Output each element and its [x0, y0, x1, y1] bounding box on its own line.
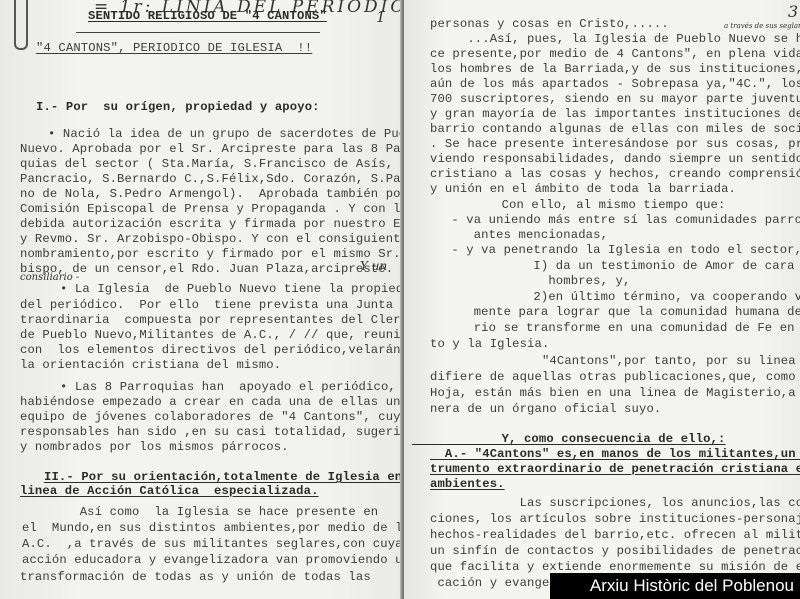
bullet-line: - y va penetrando la Iglesia en todo el … [414, 243, 800, 257]
text-line: hechos-realidades del barrio,etc. ofrece… [430, 528, 800, 542]
paper-clip-icon [14, 0, 28, 50]
page-mark: 3 [788, 2, 798, 21]
text-line: equipo de jóvenes colaboradores de "4 Ca… [20, 410, 404, 424]
text-line: y nombrados por los mismos párrocos. [20, 440, 289, 454]
right-document-page: 3 a través de sus seglars personas y cos… [404, 0, 800, 599]
text-line: . Se hace presente interesándose por sus… [430, 137, 800, 151]
text-line: la orientación cristiana del mismo. [20, 358, 281, 372]
text-line: Así como la Iglesia se hace presente en [20, 505, 378, 519]
bullet-line: - va uniendo más entre sí las comunidade… [414, 213, 800, 227]
text-line: personas y cosas en Cristo,..... [430, 17, 669, 31]
left-document-page: = 1r: LINIA DEL PERIÒDIC = 1 SENTIDO REL… [0, 0, 404, 599]
text-line: difiere de aquellas otras publicaciones,… [430, 370, 800, 384]
text-line: A.C. ,a través de sus militantes seglare… [22, 537, 403, 551]
title-underline [76, 32, 320, 33]
section-2-heading-cont: linea de Acción Católica especializada. [20, 484, 319, 498]
text-line: • Nació la idea de un grupo de sacerdote… [48, 127, 404, 141]
text-line: del periódico. Por ello tiene prevista u… [20, 298, 404, 312]
page-mark: 1 [376, 8, 386, 26]
handwritten-margin-note: a través de sus seglars [724, 22, 800, 30]
bullet-line: antes mencionadas, [414, 228, 608, 242]
text-line: nombramiento,por escrito y firmado por e… [20, 247, 404, 261]
text-line: Hoja, están más bien en una linea de Mag… [430, 386, 800, 400]
text-line: 700 suscriptores, siendo en su mayor par… [430, 92, 800, 106]
text-line: debida autorización escrita y firmada po… [20, 217, 404, 231]
text-line: Pancracio, S.Bernardo C.,S.Félix,Sdo. Co… [20, 172, 404, 186]
text-line: viendo responsabilidades, dando siempre … [430, 152, 800, 166]
text-line: Comisión Episcopal de Prensa y Propagand… [20, 202, 404, 216]
text-line: • Las 8 Parroquias han apoyado el periód… [60, 380, 396, 394]
text-line: nera de un órgano oficial suyo. [430, 402, 661, 416]
document-title: SENTIDO RELIGIOSO DE "4 CANTONS" [88, 9, 327, 23]
text-line: y Revmo. Sr. Arzobispo-Obispo. Y con el … [20, 232, 404, 246]
section-1-heading: I.- Por su orígen, propiedad y apoyo: [36, 100, 320, 114]
text-line: Con ello, al mismo tiempo que: [412, 198, 725, 212]
text-line: acción educadora y evangelizadora van pr… [22, 553, 404, 567]
text-line: ...Así, pues, la Iglesia de Pueblo Nuevo… [430, 32, 800, 46]
text-line: transformación de todas as y unión de to… [20, 570, 371, 584]
text-line: "4Cantons",por tanto, por su linea de A.… [430, 354, 800, 368]
bullet-line: mente para lograr que la comunidad human… [414, 305, 800, 319]
text-line: y gran mayoría de las importantes instit… [430, 107, 800, 121]
bullet-line: 2)en último término, va cooperando valio… [414, 290, 800, 304]
text-line: habiéndose empezado a crear en cada una … [20, 395, 401, 409]
text-line: aún de los más apartados - Sobrepasa ya,… [430, 77, 800, 91]
text-line: que facilita y extiende enormemente su m… [430, 560, 800, 574]
section-a-heading: A.- "4Cantons" es,en manos de los milita… [430, 447, 800, 461]
section-a-heading-cont: ambientes. [430, 477, 505, 491]
bullet-line: to y la Iglesia. [430, 337, 549, 351]
text-line: quias del sector ( Sta.María, S.Francisc… [20, 157, 404, 171]
text-line: ciones, los artículos sobre institucione… [430, 512, 800, 526]
bullet-line: rio se transforme en una comunidad de Fe… [414, 321, 800, 335]
text-line: • La Iglesia de Pueblo Nuevo tiene la pr… [60, 282, 404, 296]
section-2-heading: II.- Por su orientación,totalmente de Ig… [44, 470, 404, 484]
text-line: de Pueblo Nuevo,Militantes de A.C., / //… [20, 328, 404, 342]
text-line: cristiano a las cosas y hechos, creando … [430, 167, 800, 181]
bullet-line: I) da un testimonio de Amor de cara a lo… [414, 259, 800, 273]
consequence-heading: Y, como consecuencia de ello,: [412, 432, 725, 446]
handwritten-note: Y un [360, 259, 387, 273]
text-line: traordinaria compuesta por representante… [20, 313, 404, 327]
text-line: Las suscripciones, los anuncios,las cola… [430, 496, 800, 510]
text-line: el Mundo,en sus distintos ambientes,por … [22, 521, 404, 535]
text-line: barrio contando algunas de ellas con mil… [430, 122, 800, 136]
text-line: ce presente,por medio de 4 Cantons", en … [430, 47, 800, 61]
text-line: Nuevo. Aprobada por el Sr. Arcipreste pa… [20, 142, 404, 156]
document-subtitle: "4 CANTONS", PERIODICO DE IGLESIA !! [36, 41, 312, 55]
bullet-line: hombres, y, [414, 274, 630, 288]
text-line: un sinfín de contactos y posibilidades d… [430, 544, 800, 558]
archive-watermark: Arxiu Històric del Poblenou [550, 573, 800, 599]
text-line: con los elementos directivos del periódi… [20, 343, 404, 357]
text-line: responsables han sido ,en su casi totali… [20, 425, 404, 439]
text-line: y unión en el ámbito de toda la barriada… [430, 182, 736, 196]
text-line: no de Nola, S.Pedro Armengol). Aprobada … [20, 187, 404, 201]
text-line: los hombres de la Barriada,y de sus inst… [430, 62, 800, 76]
section-a-heading-cont: trumento extraordinario de penetración c… [430, 462, 800, 476]
